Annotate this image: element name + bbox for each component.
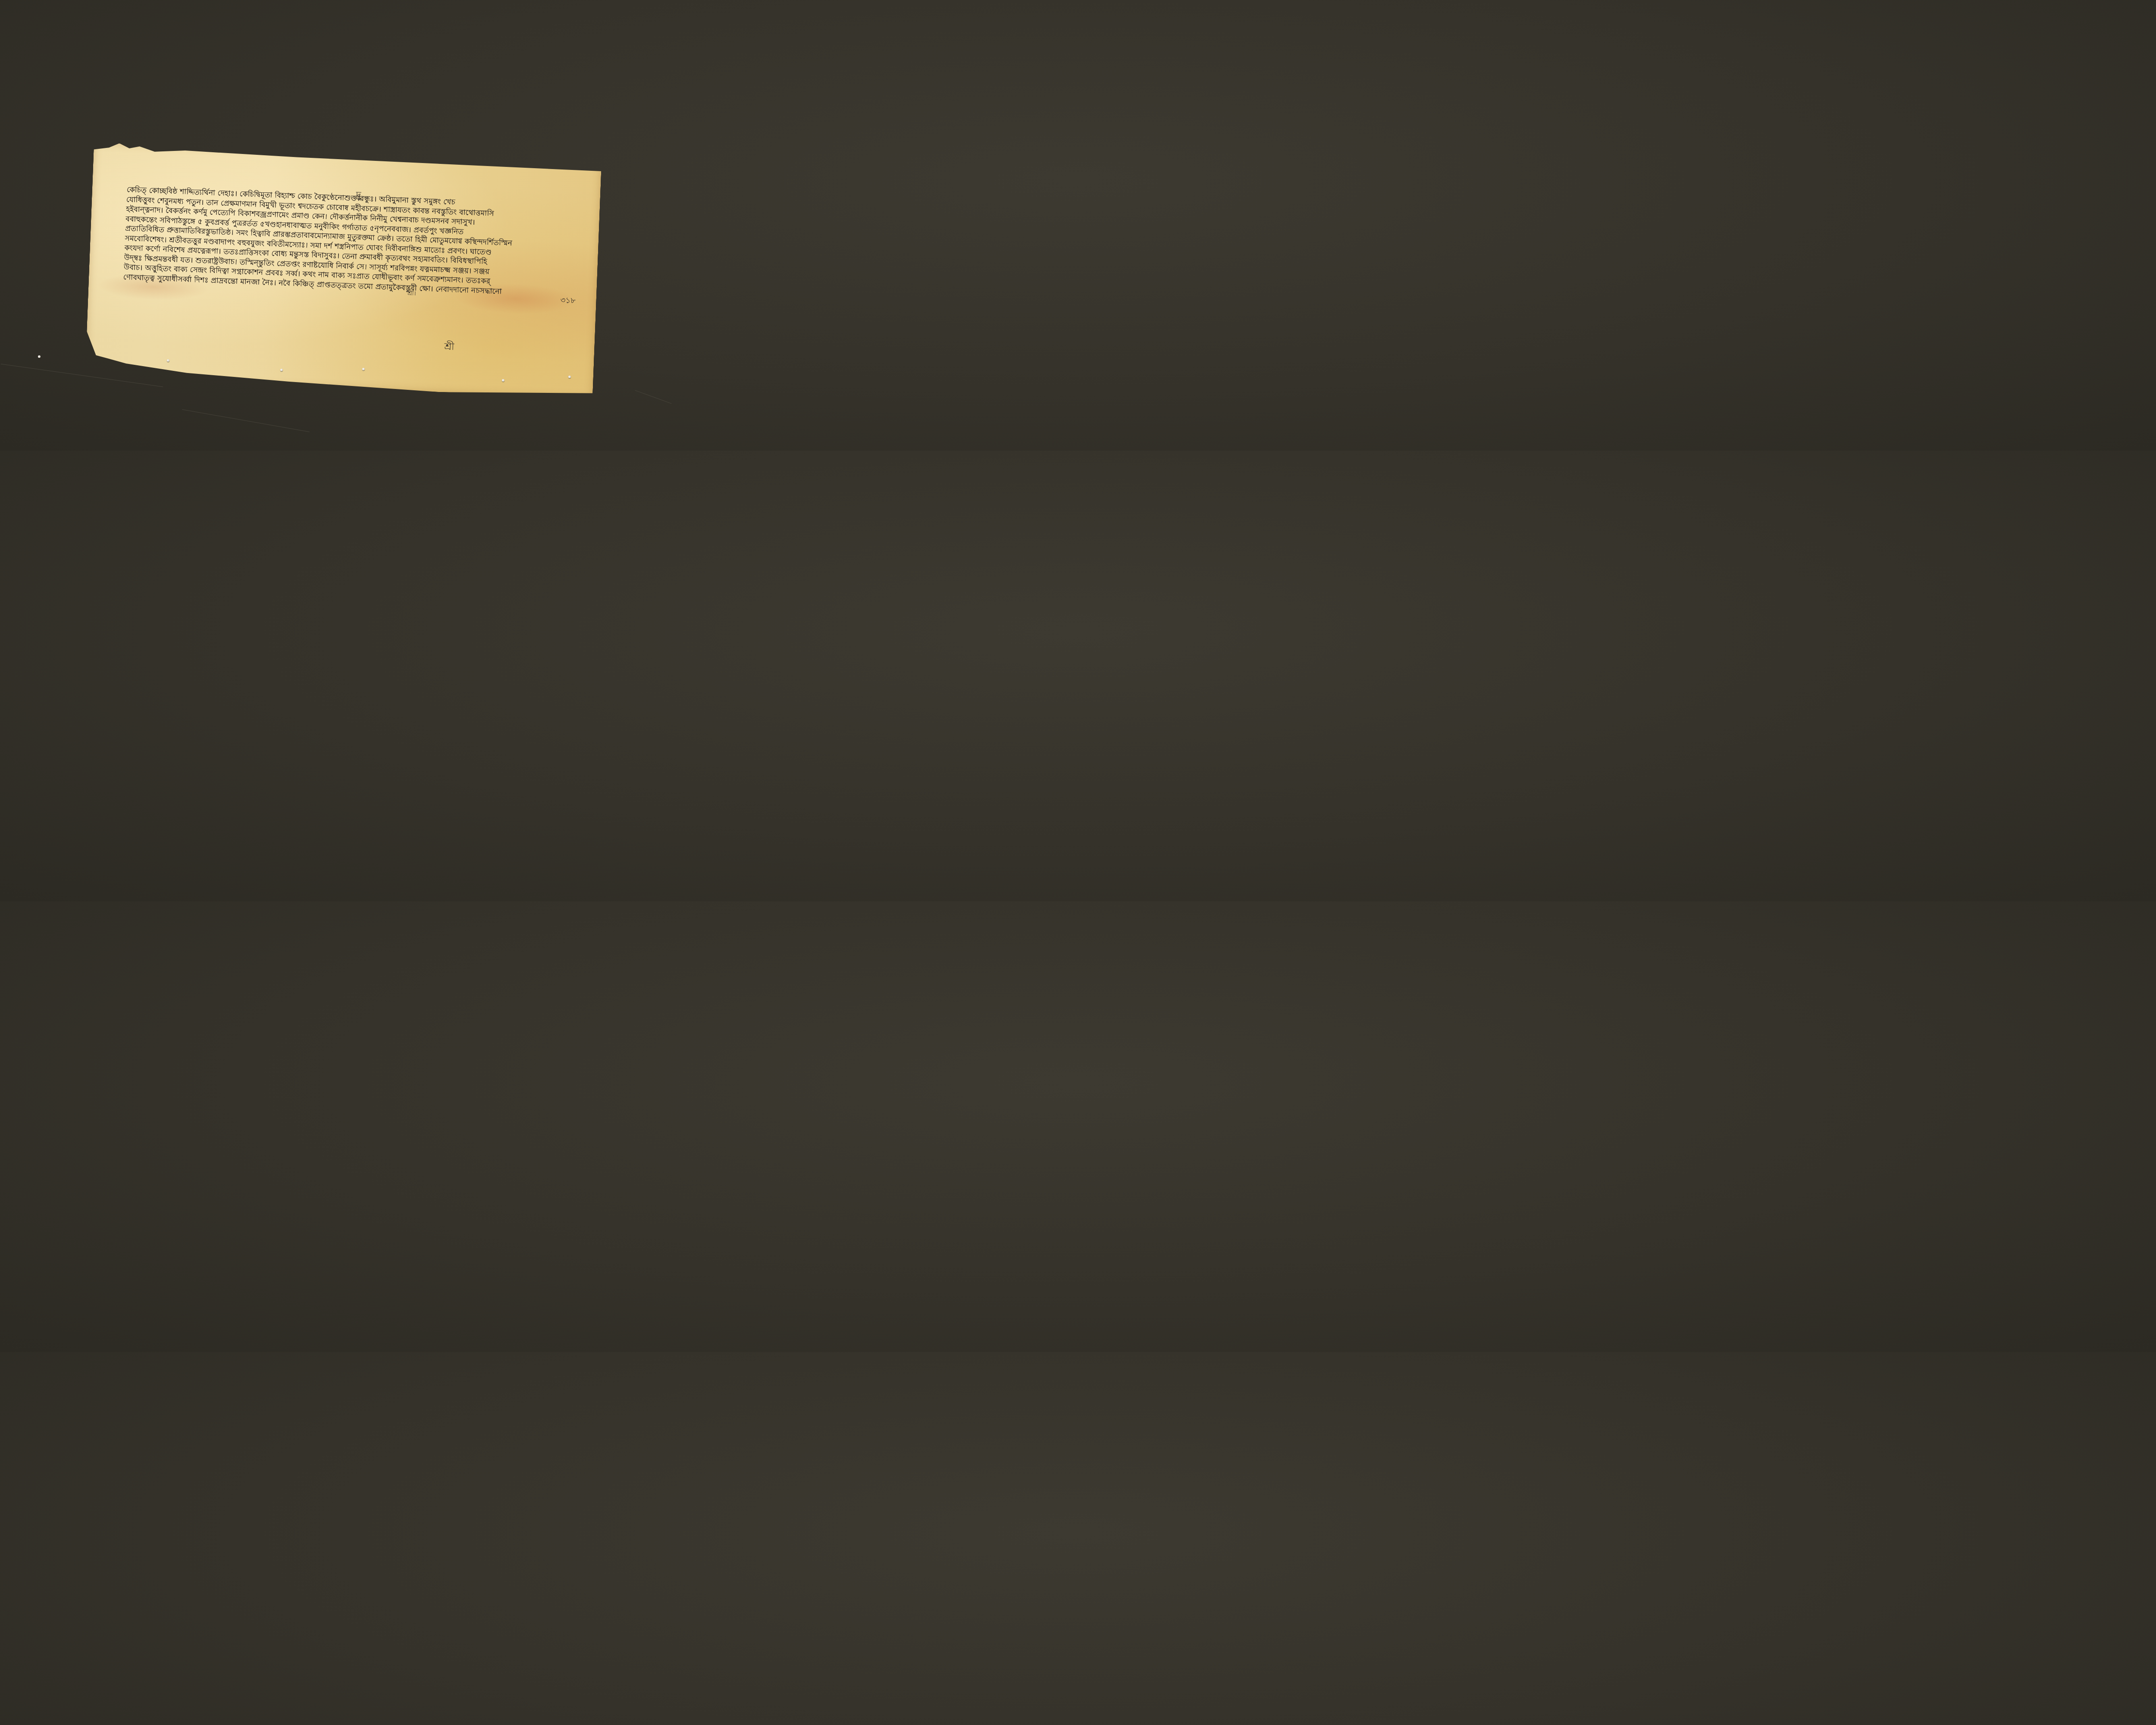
- mounting-pin: [502, 379, 505, 382]
- mounting-pin: [38, 355, 41, 358]
- manuscript-text: কেচিত্ কোচ্ছবিষ্ঠ শাদ্দিত্যর্থিনা দেহাঃ।…: [123, 185, 549, 298]
- mounting-pin: [167, 359, 169, 362]
- manuscript-folio: দু কেচিত্ কোচ্ছবিষ্ঠ শাদ্দিত্যর্থিনা দেহ…: [85, 142, 602, 398]
- mounting-pin: [280, 369, 283, 371]
- mounting-pin: [568, 376, 571, 378]
- background-scratch: [635, 390, 672, 404]
- bottom-margin-mark: শ্রী: [444, 339, 454, 356]
- background-scratch: [1, 364, 163, 387]
- page-number: ৩১৮: [560, 294, 576, 308]
- background-scratch: [182, 409, 310, 432]
- mounting-pin: [362, 368, 365, 370]
- footer-note: শ্রী।: [407, 288, 416, 299]
- photo-scene: দু কেচিত্ কোচ্ছবিষ্ঠ শাদ্দিত্যর্থিনা দেহ…: [0, 0, 676, 451]
